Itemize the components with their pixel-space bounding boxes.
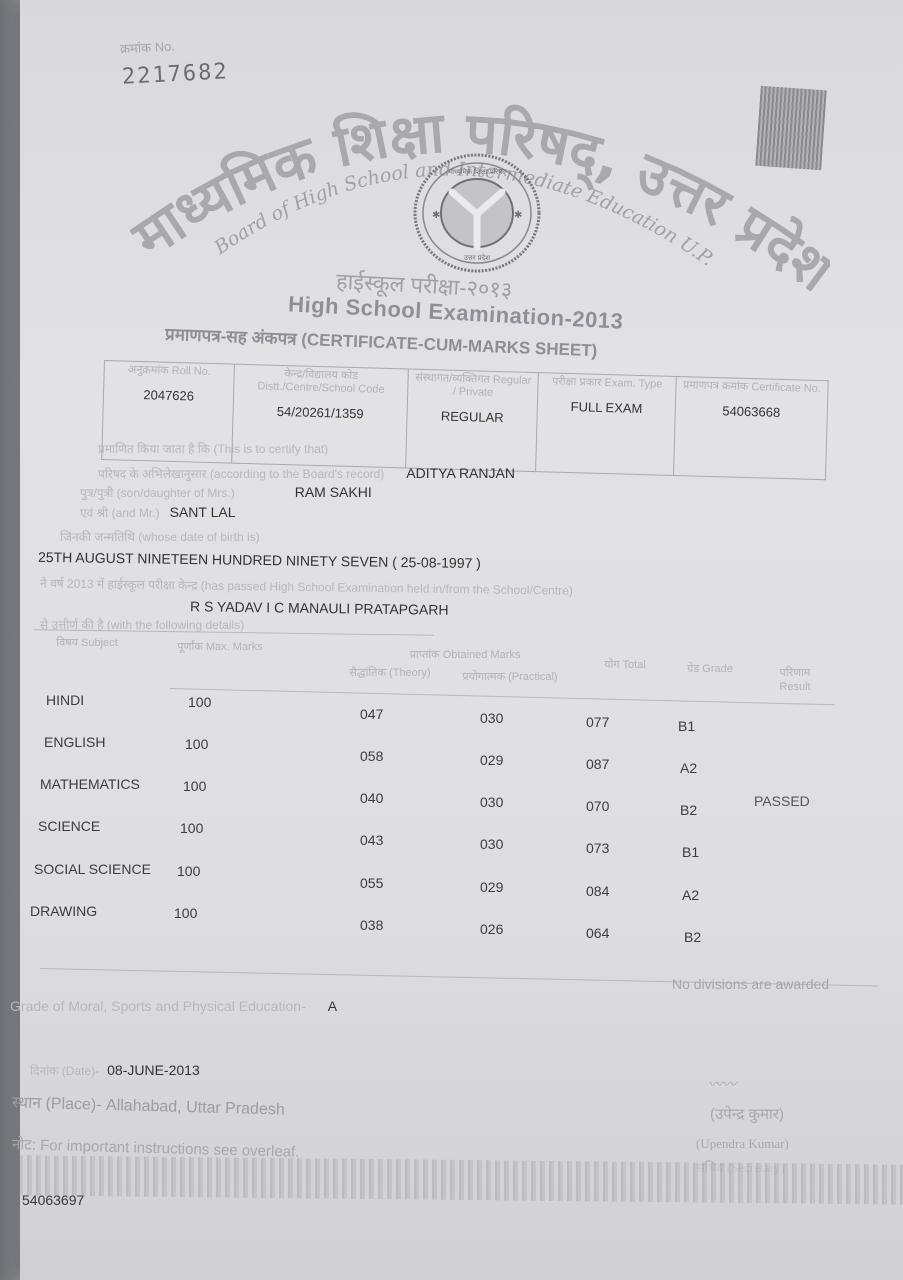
school-code-value: 54/20261/1359 — [238, 403, 403, 423]
cell-subject: HINDI — [46, 692, 84, 708]
header-max-marks: पूर्णांक Max. Marks — [170, 640, 270, 654]
father-name-label: एवं श्री (and Mr.) — [80, 506, 160, 520]
result-status: PASSED — [754, 793, 810, 809]
cell-theory: 040 — [360, 790, 383, 806]
cell-practical: 029 — [480, 752, 503, 768]
cell-grade: B1 — [678, 718, 695, 734]
cell-subject: SOCIAL SCIENCE — [34, 861, 151, 877]
cell-total: 070 — [586, 798, 609, 814]
header-subject: विषय Subject — [52, 636, 122, 650]
cell-total: 073 — [586, 840, 609, 856]
certificate-no-value: 54063668 — [680, 402, 823, 422]
dob-label: जिनकी जन्मतिथि (whose date of birth is) — [60, 530, 260, 544]
cell-practical: 030 — [480, 836, 503, 852]
regular-private-cell: संस्थागत/व्यक्तिगत Regular / PrivateREGU… — [406, 369, 539, 472]
cell-practical: 026 — [480, 921, 503, 937]
cell-subject: MATHEMATICS — [40, 776, 140, 792]
regular-private-value: REGULAR — [411, 408, 533, 427]
marksheet-document: क्रमांक No. 2217682 माध्यमिक शिक्षा परिष… — [20, 0, 903, 1280]
cell-max: 100 — [174, 905, 197, 921]
board-seal-logo: ✱ ✱ माध्यमिक शिक्षा परिषद् उत्तर प्रदेश — [412, 152, 542, 274]
header-theory: सैद्धांतिक (Theory) — [340, 666, 440, 680]
cell-max: 100 — [185, 736, 208, 752]
marks-header-divider — [170, 688, 835, 705]
place-text: स्थान (Place)- Allahabad, Uttar Pradesh — [12, 1094, 285, 1118]
roll-no-label: अनुक्रमांक Roll No. — [128, 364, 211, 378]
exam-type-cell: परीक्षा प्रकार Exam. TypeFULL EXAM — [536, 373, 676, 476]
date-line: दिनांक (Date)-08-JUNE-2013 — [30, 1062, 200, 1079]
cell-grade: B1 — [682, 844, 699, 860]
moral-grade-line: Grade of Moral, Sports and Physical Educ… — [10, 998, 337, 1014]
father-name-line: एवं श्री (and Mr.)SANT LAL — [80, 504, 235, 521]
cell-grade: B2 — [680, 802, 697, 818]
cell-theory: 058 — [360, 748, 383, 764]
issue-date: 08-JUNE-2013 — [107, 1062, 200, 1078]
cell-max: 100 — [188, 694, 211, 710]
serial-label: क्रमांक No. — [120, 37, 176, 58]
school-name: R S YADAV I C MANAULI PRATAPGARH — [190, 598, 449, 618]
candidate-name-label: परिषद के अभिलेखानुसार (according to the … — [98, 467, 384, 481]
exam-type-label: परीक्षा प्रकार Exam. Type — [552, 376, 663, 391]
roll-no-value: 2047626 — [108, 386, 230, 405]
seal-top-text: माध्यमिक शिक्षा परिषद् — [448, 167, 506, 176]
cell-theory: 043 — [360, 832, 383, 848]
header-result: परिणाम Result — [765, 666, 825, 695]
header-practical: प्रयोगात्मक (Practical) — [450, 670, 570, 684]
cell-total: 084 — [586, 883, 609, 899]
exam-type-value: FULL EXAM — [542, 398, 671, 417]
cell-grade: A2 — [680, 760, 697, 776]
certificate-no-cell: प्रमाणपत्र क्रमांक Certificate No.540636… — [673, 376, 828, 479]
photo-stamp-mark — [755, 86, 826, 170]
signature: 〰〰 — [708, 1074, 736, 1094]
moral-grade-label: Grade of Moral, Sports and Physical Educ… — [10, 998, 306, 1014]
header-obtained: प्राप्तांक Obtained Marks — [370, 648, 560, 662]
candidate-name-line: परिषद के अभिलेखानुसार (according to the … — [98, 465, 515, 482]
regular-private-label: संस्थागत/व्यक्तिगत Regular / Private — [415, 372, 531, 399]
svg-text:✱: ✱ — [514, 210, 522, 221]
cell-subject: SCIENCE — [38, 818, 100, 834]
cell-theory: 038 — [360, 917, 383, 933]
division-note: No divisions are awarded — [672, 976, 829, 992]
school-line: R S YADAV I C MANAULI PRATAPGARH — [190, 598, 449, 618]
cell-subject: DRAWING — [30, 903, 97, 919]
mother-name-line: पुत्र/पुत्री (son/daughter of Mrs.)RAM S… — [80, 484, 372, 501]
certify-intro-text: प्रमाणित किया जाता है कि (This is to cer… — [98, 442, 328, 456]
signatory-hindi: (उपेन्द्र कुमार) — [710, 1104, 784, 1124]
candidate-name: ADITYA RANJAN — [406, 465, 515, 481]
mother-name: RAM SAKHI — [295, 484, 372, 500]
up-emblem-icon: ✱ ✱ माध्यमिक शिक्षा परिषद् उत्तर प्रदेश — [412, 152, 542, 274]
cell-max: 100 — [183, 778, 206, 794]
cell-grade: A2 — [682, 887, 699, 903]
seal-bottom-text: उत्तर प्रदेश — [464, 253, 490, 262]
candidate-info-table: अनुक्रमांक Roll No.2047626 केन्द्र/विद्य… — [101, 360, 829, 480]
cell-total: 087 — [586, 756, 609, 772]
cell-practical: 030 — [480, 710, 503, 726]
school-code-label: केन्द्र/विद्यालय कोड Distt./Centre/Schoo… — [257, 368, 384, 396]
moral-grade: A — [328, 998, 337, 1014]
cell-theory: 055 — [360, 875, 383, 891]
date-of-birth: 25TH AUGUST NINETEEN HUNDRED NINETY SEVE… — [38, 549, 481, 571]
cell-subject: ENGLISH — [44, 734, 105, 750]
certificate-no-label: प्रमाणपत्र क्रमांक Certificate No. — [683, 379, 821, 395]
header-total: योग Total — [600, 658, 650, 672]
place-line: स्थान (Place)- Allahabad, Uttar Pradesh — [12, 1090, 285, 1119]
cell-practical: 030 — [480, 794, 503, 810]
cell-total: 064 — [586, 925, 609, 941]
passed-label: ने वर्ष 2013 में हाईस्कूल परीक्षा केन्द्… — [40, 576, 573, 597]
cell-theory: 047 — [360, 706, 383, 722]
cell-practical: 029 — [480, 879, 503, 895]
certify-intro: प्रमाणित किया जाता है कि (This is to cer… — [98, 440, 328, 457]
date-label: दिनांक (Date)- — [30, 1064, 99, 1078]
bottom-print-band — [20, 1155, 903, 1204]
dob-label-line: जिनकी जन्मतिथि (whose date of birth is) — [60, 528, 260, 545]
dob-line: 25TH AUGUST NINETEEN HUNDRED NINETY SEVE… — [38, 549, 481, 571]
passed-line: ने वर्ष 2013 में हाईस्कूल परीक्षा केन्द्… — [40, 574, 573, 598]
mother-name-label: पुत्र/पुत्री (son/daughter of Mrs.) — [80, 486, 235, 500]
cell-grade: B2 — [684, 929, 701, 945]
header-grade: ग्रेड Grade — [680, 662, 740, 676]
father-name: SANT LAL — [170, 504, 236, 520]
svg-text:✱: ✱ — [432, 210, 440, 221]
bottom-number: 54063697 — [22, 1192, 84, 1208]
signatory-name: (Upendra Kumar) — [696, 1136, 789, 1152]
cell-max: 100 — [177, 863, 200, 879]
cell-total: 077 — [586, 714, 609, 730]
cell-max: 100 — [180, 820, 203, 836]
